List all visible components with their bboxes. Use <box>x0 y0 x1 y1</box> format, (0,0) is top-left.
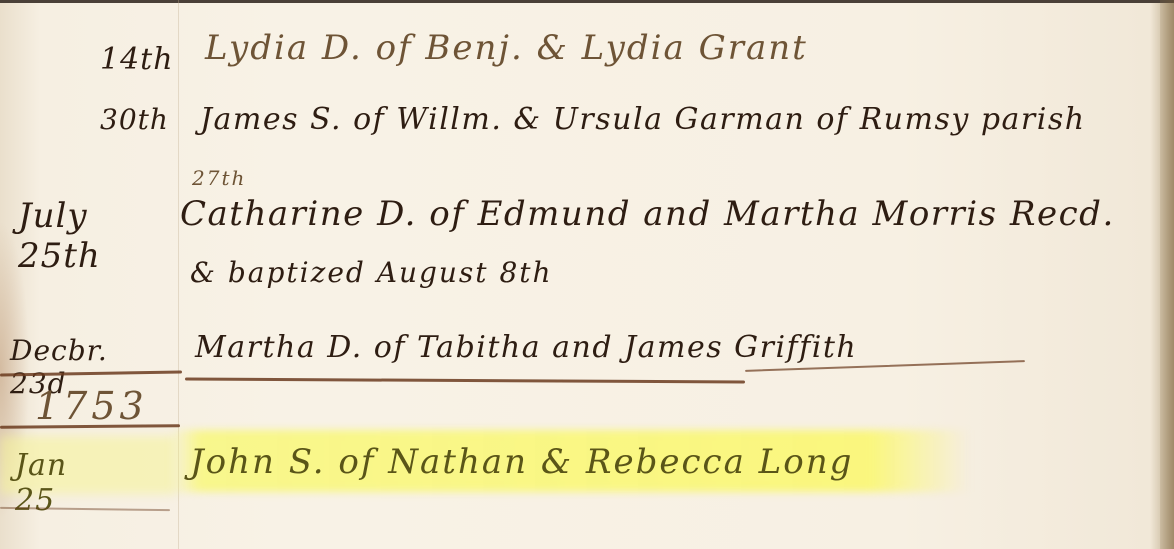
entry-text: James S. of Willm. & Ursula Garman of Ru… <box>200 102 1086 137</box>
ruled-line <box>185 378 745 384</box>
entry-text: Martha D. of Tabitha and James Griffith <box>195 330 857 365</box>
page-binding-edge <box>1160 0 1174 549</box>
entry-date: 14th <box>100 42 174 77</box>
entry-continuation: & baptized August 8th <box>190 256 553 289</box>
entry-text: Lydia D. of Benj. & Lydia Grant <box>205 28 808 68</box>
ruled-line <box>0 424 180 429</box>
page-top-edge <box>0 0 1174 3</box>
entry-text: John S. of Nathan & Rebecca Long <box>190 442 853 482</box>
entry-text: Catharine D. of Edmund and Martha Morris… <box>180 194 1115 234</box>
entry-date: 30th <box>100 103 169 136</box>
entry-date: July 25th <box>18 196 101 276</box>
year-heading: 1753 <box>35 384 148 428</box>
margin-note: 27th <box>192 166 246 190</box>
